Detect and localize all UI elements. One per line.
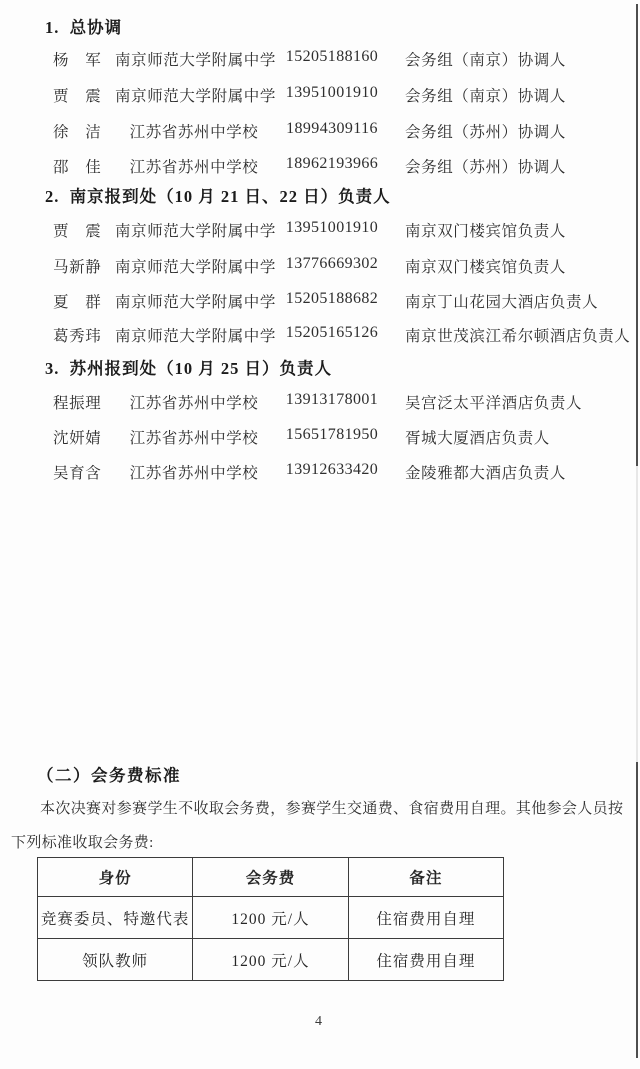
contact-row: 徐 洁 江苏省苏州中学校 18994309116 会务组（苏州）协调人 [53,120,566,142]
fee-table-row: 领队教师 1200 元/人 住宿费用自理 [38,939,504,981]
section-1-heading: 1. 总协调 [45,14,122,38]
scan-edge-line [636,4,638,466]
fee-cell-fee: 1200 元/人 [193,897,348,939]
person-phone: 13913178001 [273,391,391,413]
section-3-heading: 3. 苏州报到处（10 月 25 日）负责人 [45,355,332,379]
person-name: 贾 震 [53,84,115,106]
person-school: 江苏省苏州中学校 [115,391,273,413]
person-school: 江苏省苏州中学校 [115,155,273,177]
fee-table-row: 竞赛委员、特邀代表 1200 元/人 住宿费用自理 [38,897,504,939]
person-school: 南京师范大学附属中学 [115,84,273,106]
fee-section-heading: （二）会务费标准 [37,762,181,786]
person-school: 南京师范大学附属中学 [115,255,273,277]
person-phone: 15651781950 [273,426,391,448]
person-school: 南京师范大学附属中学 [115,219,273,241]
person-role: 南京世茂滨江希尔顿酒店负责人 [391,324,630,346]
person-name: 葛秀玮 [53,324,115,346]
person-role: 南京双门楼宾馆负责人 [391,219,566,241]
contact-row: 贾 震 南京师范大学附属中学 13951001910 南京双门楼宾馆负责人 [53,219,566,241]
contact-row: 吴育含 江苏省苏州中学校 13912633420 金陵雅都大酒店负责人 [53,461,566,483]
fee-paragraph-line-2: 下列标准收取会务费: [11,831,154,852]
person-phone: 18962193966 [273,155,391,177]
person-phone: 13912633420 [273,461,391,483]
person-role: 会务组（苏州）协调人 [391,155,566,177]
fee-table-header-fee: 会务费 [193,858,348,897]
person-role: 会务组（苏州）协调人 [391,120,566,142]
person-phone: 13951001910 [273,219,391,241]
person-role: 金陵雅都大酒店负责人 [391,461,566,483]
contact-row: 杨 军 南京师范大学附属中学 15205188160 会务组（南京）协调人 [53,48,566,70]
person-phone: 15205188682 [273,290,391,312]
fee-cell-note: 住宿费用自理 [348,939,503,981]
scan-edge-line [636,466,638,762]
person-name: 邵 佳 [53,155,115,177]
person-school: 江苏省苏州中学校 [115,426,273,448]
person-school: 南京师范大学附属中学 [115,324,273,346]
section-2-heading: 2. 南京报到处（10 月 21 日、22 日）负责人 [45,183,391,207]
fee-table-header-identity: 身份 [38,858,193,897]
person-school: 江苏省苏州中学校 [115,120,273,142]
contact-row: 葛秀玮 南京师范大学附属中学 15205165126 南京世茂滨江希尔顿酒店负责… [53,324,630,346]
contact-row: 夏 群 南京师范大学附属中学 15205188682 南京丁山花园大酒店负责人 [53,290,598,312]
person-role: 胥城大厦酒店负责人 [391,426,550,448]
person-name: 吴育含 [53,461,115,483]
person-name: 徐 洁 [53,120,115,142]
fee-table: 身份 会务费 备注 竞赛委员、特邀代表 1200 元/人 住宿费用自理 领队教师… [37,857,504,981]
person-school: 南京师范大学附属中学 [115,48,273,70]
person-role: 吴宫泛太平洋酒店负责人 [391,391,582,413]
fee-table-header-row: 身份 会务费 备注 [38,858,504,897]
fee-paragraph-line-1: 本次决赛对参赛学生不收取会务费，参赛学生交通费、食宿费用自理。其他参会人员按 [40,797,623,818]
contact-row: 程振理 江苏省苏州中学校 13913178001 吴宫泛太平洋酒店负责人 [53,391,582,413]
person-name: 贾 震 [53,219,115,241]
person-school: 南京师范大学附属中学 [115,290,273,312]
person-name: 夏 群 [53,290,115,312]
person-role: 南京丁山花园大酒店负责人 [391,290,598,312]
person-role: 南京双门楼宾馆负责人 [391,255,566,277]
fee-cell-identity: 竞赛委员、特邀代表 [38,897,193,939]
person-name: 沈妍婧 [53,426,115,448]
fee-cell-note: 住宿费用自理 [348,897,503,939]
page-number: 4 [0,1014,637,1030]
scan-edge-line [636,762,638,1058]
person-role: 会务组（南京）协调人 [391,48,566,70]
person-phone: 15205188160 [273,48,391,70]
person-phone: 18994309116 [273,120,391,142]
person-phone: 15205165126 [273,324,391,346]
fee-cell-fee: 1200 元/人 [193,939,348,981]
contact-row: 邵 佳 江苏省苏州中学校 18962193966 会务组（苏州）协调人 [53,155,566,177]
person-school: 江苏省苏州中学校 [115,461,273,483]
document-page: 1. 总协调 杨 军 南京师范大学附属中学 15205188160 会务组（南京… [0,0,640,1069]
fee-table-header-note: 备注 [348,858,503,897]
person-name: 杨 军 [53,48,115,70]
person-phone: 13776669302 [273,255,391,277]
fee-cell-identity: 领队教师 [38,939,193,981]
contact-row: 沈妍婧 江苏省苏州中学校 15651781950 胥城大厦酒店负责人 [53,426,550,448]
person-phone: 13951001910 [273,84,391,106]
person-name: 马新静 [53,255,115,277]
contact-row: 贾 震 南京师范大学附属中学 13951001910 会务组（南京）协调人 [53,84,566,106]
person-role: 会务组（南京）协调人 [391,84,566,106]
contact-row: 马新静 南京师范大学附属中学 13776669302 南京双门楼宾馆负责人 [53,255,566,277]
person-name: 程振理 [53,391,115,413]
